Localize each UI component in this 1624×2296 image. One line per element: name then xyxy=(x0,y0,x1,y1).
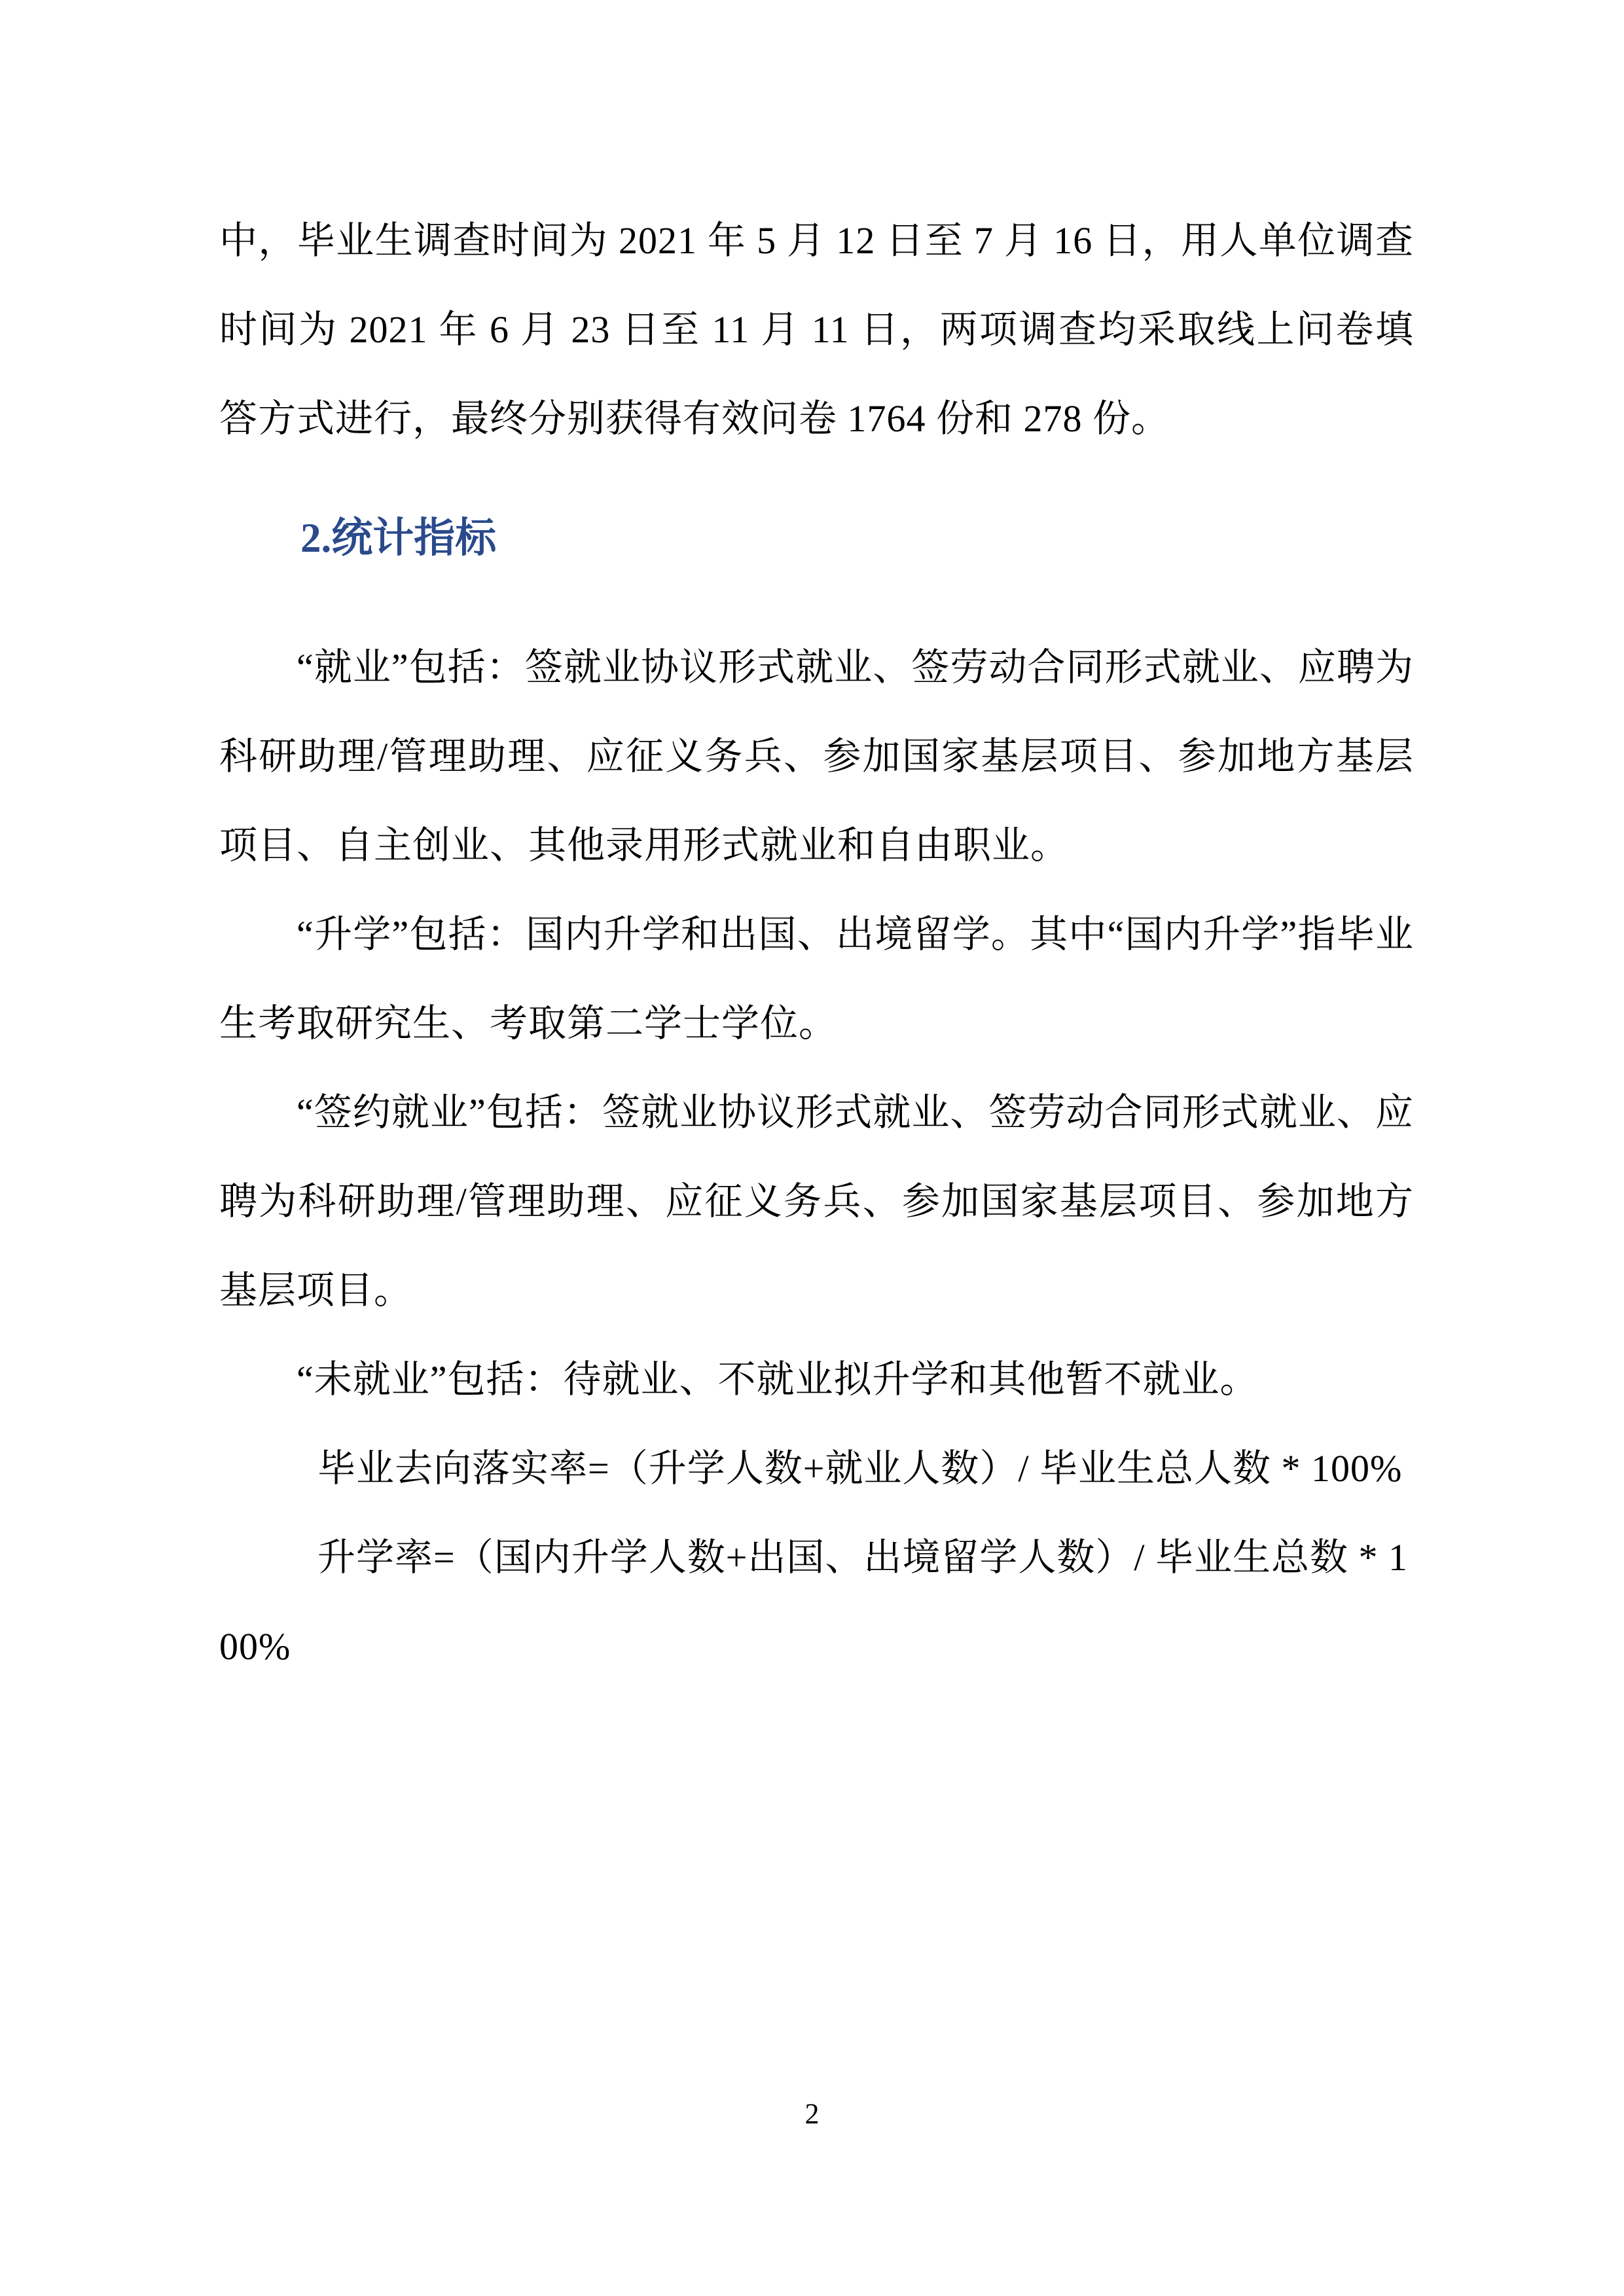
paragraph-unemployed-definition: “未就业”包括：待就业、不就业拟升学和其他暂不就业。 xyxy=(219,1335,1414,1424)
page-footer: 2 xyxy=(0,2094,1624,2134)
page-number: 2 xyxy=(805,2098,820,2130)
document-page: 中，毕业生调查时间为 2021 年 5 月 12 日至 7 月 16 日，用人单… xyxy=(0,0,1624,2296)
formula-further-study-rate: 升学率=（国内升学人数+出国、出境留学人数）/ 毕业生总数 * 100% xyxy=(219,1513,1414,1691)
paragraph-employment-definition: “就业”包括：签就业协议形式就业、签劳动合同形式就业、应聘为科研助理/管理助理、… xyxy=(219,623,1414,890)
paragraph-further-study-definition: “升学”包括：国内升学和出国、出境留学。其中“国内升学”指毕业生考取研究生、考取… xyxy=(219,890,1414,1068)
page-content: 中，毕业生调查时间为 2021 年 5 月 12 日至 7 月 16 日，用人单… xyxy=(219,196,1414,1691)
paragraph-survey-dates: 中，毕业生调查时间为 2021 年 5 月 12 日至 7 月 16 日，用人单… xyxy=(219,196,1414,463)
formula-graduate-destination-rate: 毕业去向落实率=（升学人数+就业人数）/ 毕业生总人数 * 100% xyxy=(219,1424,1414,1513)
section-heading-statistical-indicators: 2.统计指标 xyxy=(219,493,1414,583)
paragraph-contract-employment-definition: “签约就业”包括：签就业协议形式就业、签劳动合同形式就业、应聘为科研助理/管理助… xyxy=(219,1068,1414,1335)
